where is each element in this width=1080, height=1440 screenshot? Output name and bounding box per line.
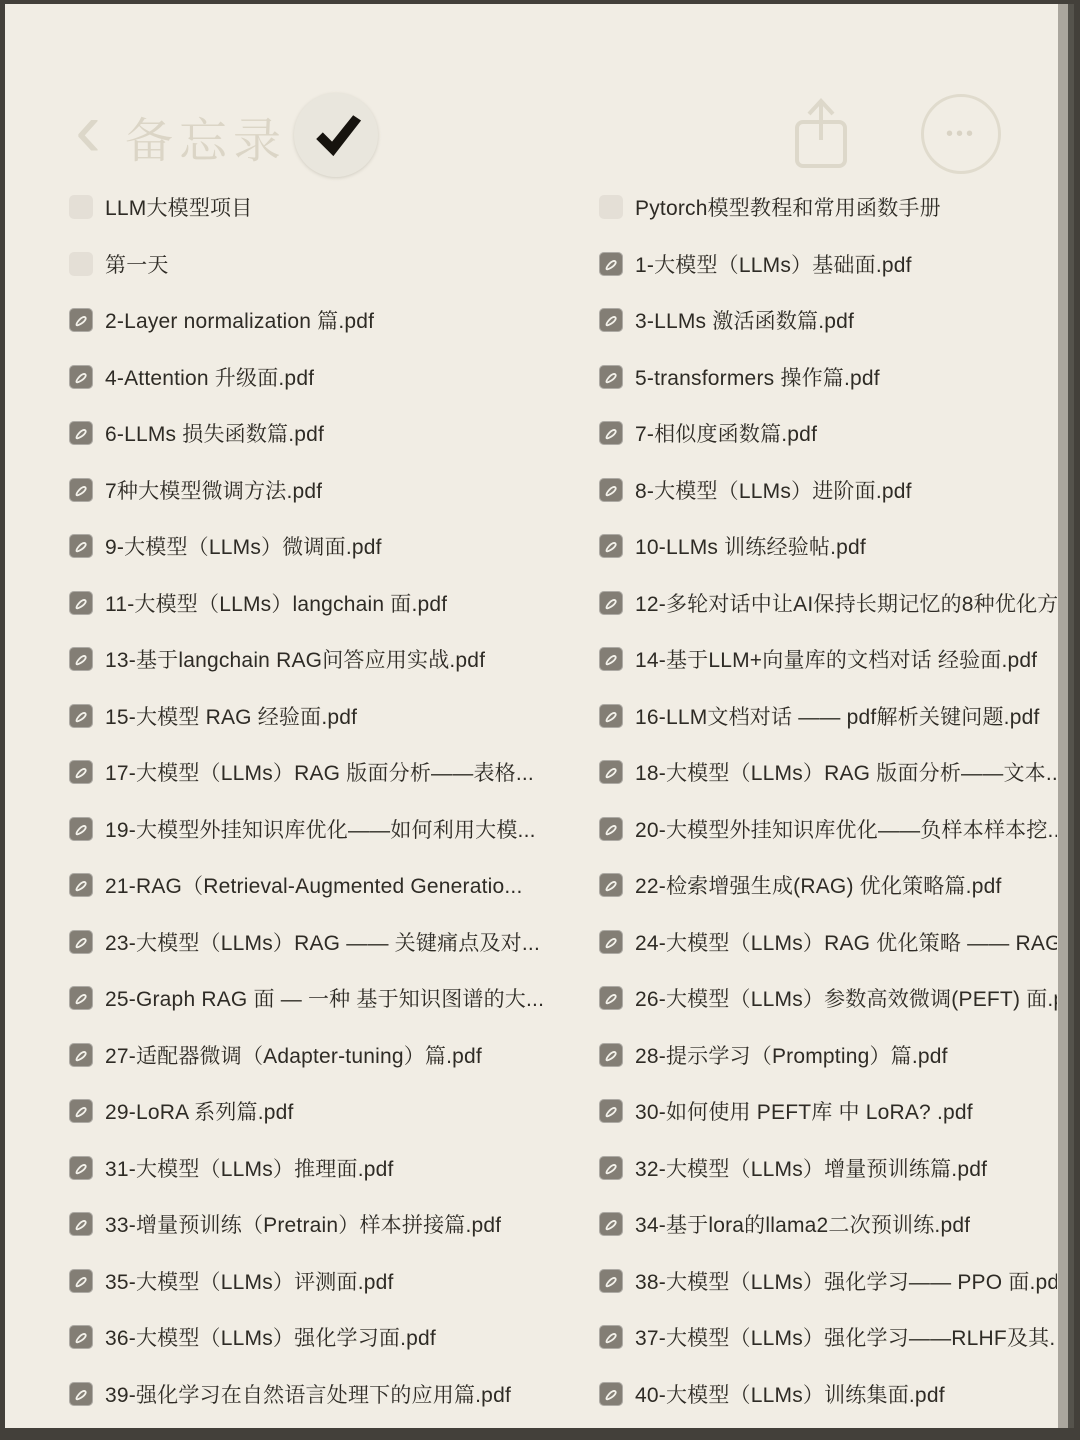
file-row[interactable]: 21-RAG（Retrieval-Augmented Generatio... xyxy=(69,857,547,914)
file-name: 23-大模型（LLMs）RAG —— 关键痛点及对... xyxy=(105,927,540,957)
file-name: 1-大模型（LLMs）基础面.pdf xyxy=(635,249,912,279)
file-name: 2-Layer normalization 篇.pdf xyxy=(105,305,374,335)
file-name: 35-大模型（LLMs）评测面.pdf xyxy=(105,1266,394,1296)
pdf-icon xyxy=(599,1325,623,1349)
notes-attachment-screen: ‹ 备忘录 ••• LLM大模型项目 第一 xyxy=(5,4,1058,1428)
pdf-icon xyxy=(69,1325,93,1349)
file-name: 第一天 xyxy=(105,249,169,279)
file-row[interactable]: 33-增量预训练（Pretrain）样本拼接篇.pdf xyxy=(69,1196,547,1253)
faint-file-icon xyxy=(69,252,93,276)
file-name: 7种大模型微调方法.pdf xyxy=(105,475,322,505)
file-row[interactable]: 17-大模型（LLMs）RAG 版面分析——表格... xyxy=(69,744,547,801)
pdf-icon xyxy=(69,704,93,728)
pdf-icon xyxy=(69,478,93,502)
file-row[interactable]: 38-大模型（LLMs）强化学习—— PPO 面.pdf xyxy=(599,1253,1057,1310)
pdf-icon xyxy=(599,647,623,671)
file-name: 3-LLMs 激活函数篇.pdf xyxy=(635,305,854,335)
pdf-icon xyxy=(599,591,623,615)
pdf-icon xyxy=(599,1043,623,1067)
file-row[interactable]: 31-大模型（LLMs）推理面.pdf xyxy=(69,1140,547,1197)
pdf-icon xyxy=(599,1269,623,1293)
file-row[interactable]: 39-强化学习在自然语言处理下的应用篇.pdf xyxy=(69,1366,547,1423)
pdf-icon xyxy=(69,647,93,671)
file-row[interactable]: 26-大模型（LLMs）参数高效微调(PEFT) 面.p... xyxy=(599,970,1057,1027)
file-row[interactable]: 19-大模型外挂知识库优化——如何利用大模... xyxy=(69,801,547,858)
pdf-icon xyxy=(599,421,623,445)
file-row[interactable]: 23-大模型（LLMs）RAG —— 关键痛点及对... xyxy=(69,914,547,971)
file-row[interactable]: 36-大模型（LLMs）强化学习面.pdf xyxy=(69,1309,547,1366)
file-name: 13-基于langchain RAG问答应用实战.pdf xyxy=(105,644,485,674)
file-name: 29-LoRA 系列篇.pdf xyxy=(105,1096,294,1126)
pdf-icon xyxy=(599,760,623,784)
checkmark-badge xyxy=(294,93,378,177)
pdf-icon xyxy=(599,817,623,841)
file-name: 22-检索增强生成(RAG) 优化策略篇.pdf xyxy=(635,870,1002,900)
file-row[interactable]: 14-基于LLM+向量库的文档对话 经验面.pdf xyxy=(599,631,1057,688)
pdf-icon xyxy=(599,1382,623,1406)
header: ‹ 备忘录 ••• xyxy=(5,4,1058,184)
pdf-icon xyxy=(69,986,93,1010)
file-name: 19-大模型外挂知识库优化——如何利用大模... xyxy=(105,814,536,844)
file-name: 18-大模型（LLMs）RAG 版面分析——文本... xyxy=(635,757,1057,787)
pdf-icon xyxy=(69,1099,93,1123)
more-options-icon[interactable]: ••• xyxy=(921,94,1001,174)
pdf-icon xyxy=(69,760,93,784)
file-row[interactable]: 9-大模型（LLMs）微调面.pdf xyxy=(69,518,547,575)
file-name: 26-大模型（LLMs）参数高效微调(PEFT) 面.p... xyxy=(635,983,1057,1013)
file-name: 14-基于LLM+向量库的文档对话 经验面.pdf xyxy=(635,644,1037,674)
pdf-icon xyxy=(599,308,623,332)
file-row[interactable]: 24-大模型（LLMs）RAG 优化策略 —— RAG... xyxy=(599,914,1057,971)
pdf-icon xyxy=(69,1156,93,1180)
file-name: 10-LLMs 训练经验帖.pdf xyxy=(635,531,866,561)
file-row[interactable]: 18-大模型（LLMs）RAG 版面分析——文本... xyxy=(599,744,1057,801)
file-list-right-column: Pytorch模型教程和常用函数手册 1-大模型（LLMs）基础面.pdf 3-… xyxy=(599,179,1057,1422)
file-name: LLM大模型项目 xyxy=(105,192,252,222)
file-row[interactable]: 20-大模型外挂知识库优化——负样本样本挖... xyxy=(599,801,1057,858)
pdf-icon xyxy=(599,704,623,728)
file-name: 20-大模型外挂知识库优化——负样本样本挖... xyxy=(635,814,1057,844)
file-name: 6-LLMs 损失函数篇.pdf xyxy=(105,418,324,448)
checkmark-icon xyxy=(303,102,369,168)
pdf-icon xyxy=(69,1043,93,1067)
page-title: 备忘录 xyxy=(125,102,287,171)
pdf-icon xyxy=(599,365,623,389)
file-row[interactable]: 13-基于langchain RAG问答应用实战.pdf xyxy=(69,631,547,688)
pdf-icon xyxy=(69,365,93,389)
file-name: 40-大模型（LLMs）训练集面.pdf xyxy=(635,1379,945,1409)
file-name: 8-大模型（LLMs）进阶面.pdf xyxy=(635,475,912,505)
file-row[interactable]: 2-Layer normalization 篇.pdf xyxy=(69,292,547,349)
file-row[interactable]: 4-Attention 升级面.pdf xyxy=(69,349,547,406)
file-row[interactable]: 7种大模型微调方法.pdf xyxy=(69,462,547,519)
file-row[interactable]: 6-LLMs 损失函数篇.pdf xyxy=(69,405,547,462)
file-name: 21-RAG（Retrieval-Augmented Generatio... xyxy=(105,870,522,900)
file-name: Pytorch模型教程和常用函数手册 xyxy=(635,192,941,222)
pdf-icon xyxy=(599,252,623,276)
file-row[interactable]: 34-基于lora的llama2二次预训练.pdf xyxy=(599,1196,1057,1253)
file-name: 31-大模型（LLMs）推理面.pdf xyxy=(105,1153,394,1183)
file-name: 39-强化学习在自然语言处理下的应用篇.pdf xyxy=(105,1379,511,1409)
file-name: 38-大模型（LLMs）强化学习—— PPO 面.pdf xyxy=(635,1266,1057,1296)
file-row[interactable]: 1-大模型（LLMs）基础面.pdf xyxy=(599,236,1057,293)
pdf-icon xyxy=(599,1099,623,1123)
pdf-icon xyxy=(69,1382,93,1406)
pdf-icon xyxy=(599,930,623,954)
back-chevron-icon[interactable]: ‹ xyxy=(75,98,121,168)
pdf-icon xyxy=(599,1156,623,1180)
pdf-icon xyxy=(69,930,93,954)
file-row[interactable]: 12-多轮对话中让AI保持长期记忆的8种优化方... xyxy=(599,575,1057,632)
faint-file-icon xyxy=(599,195,623,219)
file-name: 12-多轮对话中让AI保持长期记忆的8种优化方... xyxy=(635,588,1057,618)
file-name: 33-增量预训练（Pretrain）样本拼接篇.pdf xyxy=(105,1209,501,1239)
file-name: 27-适配器微调（Adapter-tuning）篇.pdf xyxy=(105,1040,482,1070)
pdf-icon xyxy=(599,478,623,502)
file-name: 16-LLM文档对话 —— pdf解析关键问题.pdf xyxy=(635,701,1040,731)
pdf-icon xyxy=(69,421,93,445)
file-name: 9-大模型（LLMs）微调面.pdf xyxy=(105,531,382,561)
pdf-icon xyxy=(69,873,93,897)
file-name: 24-大模型（LLMs）RAG 优化策略 —— RAG... xyxy=(635,927,1057,957)
file-name: 11-大模型（LLMs）langchain 面.pdf xyxy=(105,588,447,618)
file-row[interactable]: 第一天 xyxy=(69,236,547,293)
file-row[interactable]: 5-transformers 操作篇.pdf xyxy=(599,349,1057,406)
pdf-icon xyxy=(599,873,623,897)
file-row[interactable]: 16-LLM文档对话 —— pdf解析关键问题.pdf xyxy=(599,688,1057,745)
file-row[interactable]: Pytorch模型教程和常用函数手册 xyxy=(599,179,1057,236)
file-name: 32-大模型（LLMs）增量预训练篇.pdf xyxy=(635,1153,987,1183)
file-name: 36-大模型（LLMs）强化学习面.pdf xyxy=(105,1322,436,1352)
file-row[interactable]: 3-LLMs 激活函数篇.pdf xyxy=(599,292,1057,349)
file-row[interactable]: 11-大模型（LLMs）langchain 面.pdf xyxy=(69,575,547,632)
file-row[interactable]: 28-提示学习（Prompting）篇.pdf xyxy=(599,1027,1057,1084)
pdf-icon xyxy=(69,534,93,558)
file-name: 4-Attention 升级面.pdf xyxy=(105,362,314,392)
file-row[interactable]: 10-LLMs 训练经验帖.pdf xyxy=(599,518,1057,575)
file-name: 25-Graph RAG 面 — 一种 基于知识图谱的大... xyxy=(105,983,544,1013)
file-row[interactable]: 25-Graph RAG 面 — 一种 基于知识图谱的大... xyxy=(69,970,547,1027)
faint-file-icon xyxy=(69,195,93,219)
file-row[interactable]: 32-大模型（LLMs）增量预训练篇.pdf xyxy=(599,1140,1057,1197)
file-name: 28-提示学习（Prompting）篇.pdf xyxy=(635,1040,948,1070)
pdf-icon xyxy=(69,1269,93,1293)
file-row[interactable]: 27-适配器微调（Adapter-tuning）篇.pdf xyxy=(69,1027,547,1084)
file-list-left-column: LLM大模型项目 第一天 2-Layer normalization 篇.pdf… xyxy=(69,179,547,1422)
pdf-icon xyxy=(69,591,93,615)
file-row[interactable]: 8-大模型（LLMs）进阶面.pdf xyxy=(599,462,1057,519)
file-name: 34-基于lora的llama2二次预训练.pdf xyxy=(635,1209,970,1239)
right-edge-strip xyxy=(1058,4,1074,1428)
pdf-icon xyxy=(69,308,93,332)
file-row[interactable]: 22-检索增强生成(RAG) 优化策略篇.pdf xyxy=(599,857,1057,914)
file-row[interactable]: 37-大模型（LLMs）强化学习——RLHF及其... xyxy=(599,1309,1057,1366)
file-name: 17-大模型（LLMs）RAG 版面分析——表格... xyxy=(105,757,534,787)
file-name: 7-相似度函数篇.pdf xyxy=(635,418,817,448)
pdf-icon xyxy=(69,1212,93,1236)
file-row[interactable]: 40-大模型（LLMs）训练集面.pdf xyxy=(599,1366,1057,1423)
share-icon[interactable] xyxy=(789,96,853,172)
file-row[interactable]: 7-相似度函数篇.pdf xyxy=(599,405,1057,462)
file-row[interactable]: 35-大模型（LLMs）评测面.pdf xyxy=(69,1253,547,1310)
pdf-icon xyxy=(599,1212,623,1236)
pdf-icon xyxy=(599,986,623,1010)
file-row[interactable]: 15-大模型 RAG 经验面.pdf xyxy=(69,688,547,745)
file-name: 30-如何使用 PEFT库 中 LoRA? .pdf xyxy=(635,1096,973,1126)
file-name: 37-大模型（LLMs）强化学习——RLHF及其... xyxy=(635,1322,1057,1352)
file-name: 5-transformers 操作篇.pdf xyxy=(635,362,880,392)
file-row[interactable]: 30-如何使用 PEFT库 中 LoRA? .pdf xyxy=(599,1083,1057,1140)
pdf-icon xyxy=(69,817,93,841)
file-row[interactable]: 29-LoRA 系列篇.pdf xyxy=(69,1083,547,1140)
file-name: 15-大模型 RAG 经验面.pdf xyxy=(105,701,357,731)
file-row[interactable]: LLM大模型项目 xyxy=(69,179,547,236)
pdf-icon xyxy=(599,534,623,558)
